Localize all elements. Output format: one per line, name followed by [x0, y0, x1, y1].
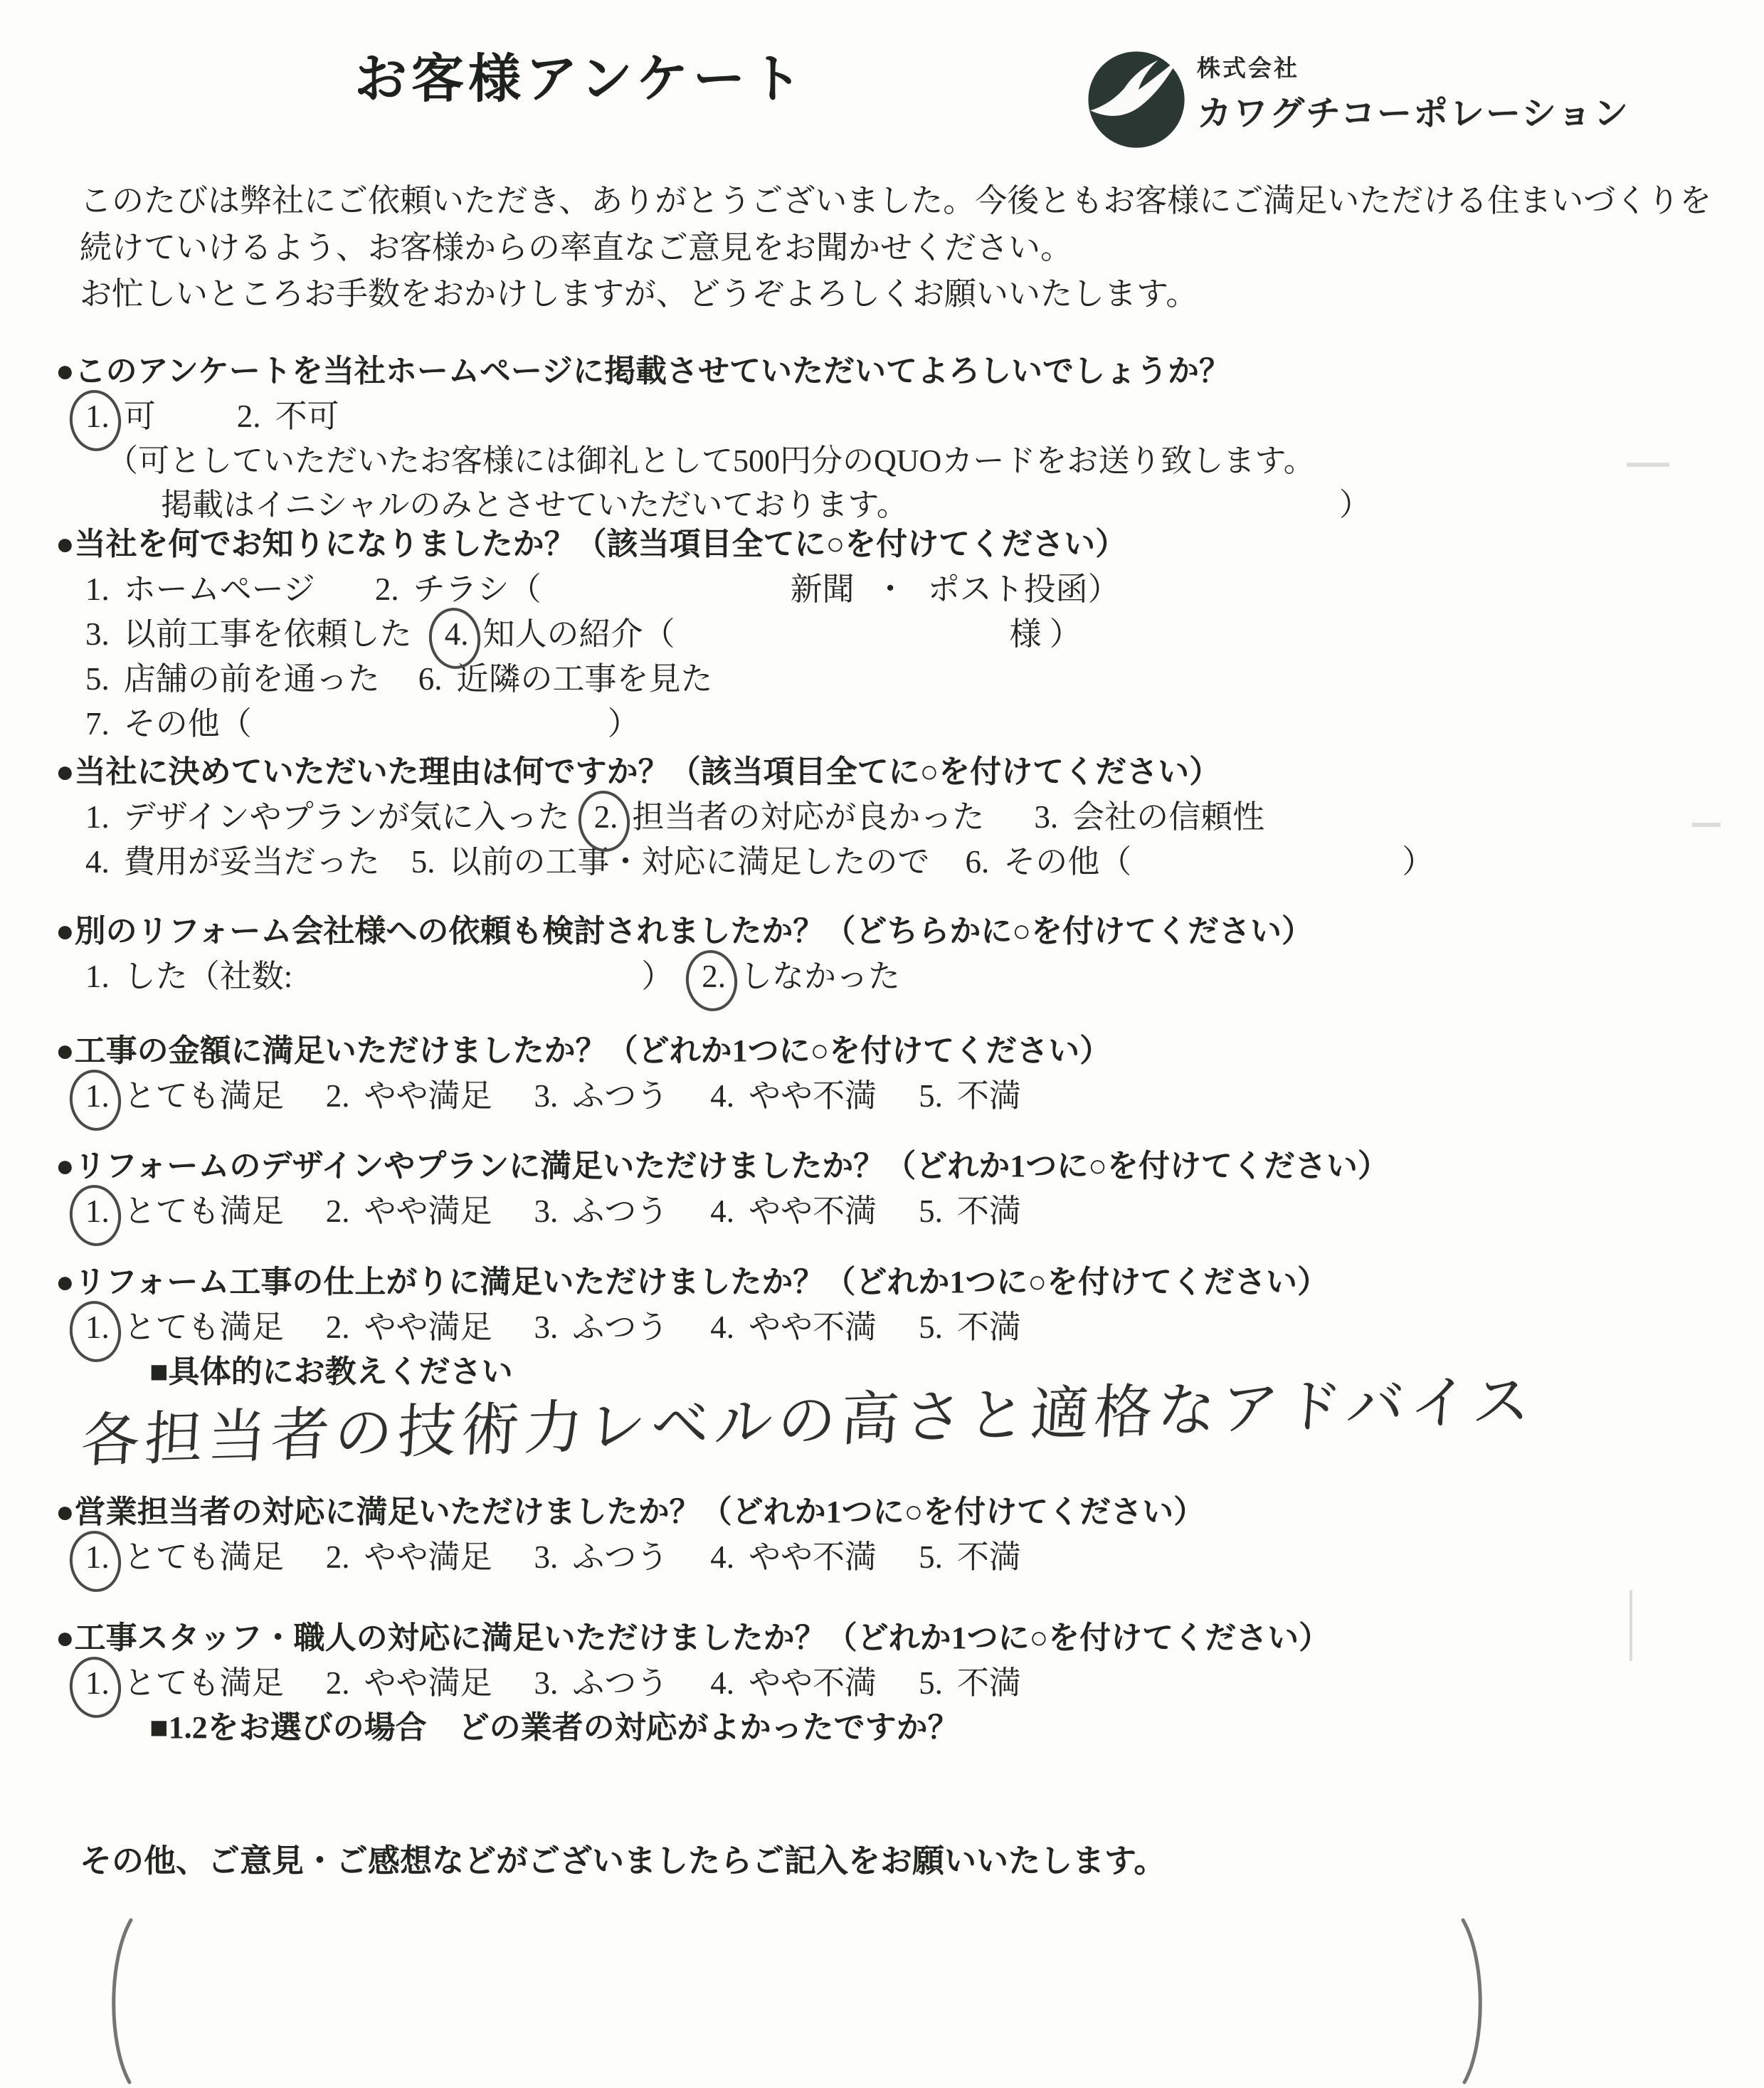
option-choice[interactable]: 2.担当者の対応が良かった — [591, 798, 985, 836]
option-label: した（社数: — [124, 957, 293, 996]
option-number: 4. — [707, 1192, 737, 1230]
intro-line: お忙しいところお手数をおかけしますが、どうぞよろしくお願いいたします。 — [80, 271, 1711, 318]
option-text[interactable]: ） — [641, 957, 673, 996]
scan-artifact — [1692, 823, 1721, 827]
option-choice[interactable]: 6.その他（ — [963, 843, 1132, 881]
option-choice[interactable]: 3.ふつう — [532, 1664, 669, 1702]
option-label: 担当者の対応が良かった — [632, 798, 984, 836]
option-number: 1. — [83, 798, 112, 836]
option-number: 6. — [963, 843, 993, 881]
option-label: 不満 — [957, 1538, 1021, 1576]
question-note: 掲載はイニシャルのみとさせていただいております。 ） — [56, 486, 1370, 524]
option-choice[interactable]: 1.とても満足 — [83, 1664, 284, 1702]
option-number: 4. — [707, 1308, 737, 1346]
survey-scan-page: お客様アンケート 株式会社 カワグチコーポレーション このたびは弊社にご依頼いた… — [0, 0, 1764, 2088]
option-number: 1. — [83, 957, 112, 996]
option-label: 近隣の工事を見た — [457, 660, 713, 698]
option-number: 3. — [83, 615, 112, 653]
option-label: 以前工事を依頼した — [124, 615, 412, 653]
free-comment-prompt: その他、ご意見・ご感想などがございましたらご記入をお願いいたします。 — [80, 1835, 1166, 1881]
option-number: 5. — [916, 1308, 946, 1346]
option-label: 以前の工事・対応に満足したので — [450, 843, 930, 881]
intro-paragraph: このたびは弊社にご依頼いただき、ありがとうございました。今後ともお客様にご満足い… — [80, 178, 1711, 318]
question-heading: ●このアンケートを当社ホームページに掲載させていただいてよろしいでしょうか？ — [56, 352, 1713, 391]
logo-swoosh-icon — [1087, 50, 1185, 149]
question-price-satisfaction: ●工事の金額に満足いただけましたか？（どれか1つに○を付けてください） 1.とて… — [56, 1032, 1713, 1115]
option-choice[interactable]: 4.やや不満 — [707, 1192, 877, 1230]
option-choice[interactable]: 5.不満 — [916, 1308, 1021, 1346]
option-number: 4. — [707, 1077, 737, 1115]
option-number: 2. — [323, 1538, 353, 1576]
option-label: ） — [1402, 843, 1434, 881]
option-label: ふつう — [572, 1192, 668, 1230]
option-label: やや満足 — [364, 1538, 492, 1576]
option-choice[interactable]: 5.不満 — [916, 1192, 1021, 1230]
option-choice[interactable]: 7.その他（ — [83, 705, 252, 743]
option-label: 知人の紹介（ — [483, 615, 675, 653]
options-row: 1.ホームページ2.チラシ（新聞・ポスト投函） — [56, 570, 1713, 608]
options-row: 1.とても満足2.やや満足3.ふつう4.やや不満5.不満 — [56, 1308, 1713, 1346]
option-number: 5. — [916, 1664, 946, 1702]
question-heading: ●工事スタッフ・職人の対応に満足いただけましたか？（どれか1つに○を付けてくださ… — [56, 1619, 1713, 1657]
option-number: 5. — [916, 1077, 946, 1115]
handwritten-circle-mark: 2. — [699, 957, 729, 996]
comment-box-parens — [100, 1916, 1494, 2087]
intro-line: このたびは弊社にご依頼いただき、ありがとうございました。今後ともお客様にご満足い… — [80, 178, 1711, 225]
option-text[interactable]: ・ — [875, 570, 907, 608]
option-label: やや不満 — [749, 1077, 877, 1115]
option-number: 2. — [323, 1308, 353, 1346]
option-label: ポスト投函） — [928, 570, 1120, 608]
option-choice[interactable]: 4.やや不満 — [707, 1664, 877, 1702]
option-label: とても満足 — [124, 1077, 284, 1115]
option-label: 不満 — [957, 1308, 1021, 1346]
option-choice[interactable]: 3.ふつう — [532, 1308, 669, 1346]
option-choice[interactable]: 2.チラシ（ — [372, 570, 542, 608]
option-choice[interactable]: 3.ふつう — [532, 1538, 669, 1576]
options-row: 1.とても満足2.やや満足3.ふつう4.やや不満5.不満 — [56, 1538, 1713, 1576]
option-label: チラシ（ — [413, 570, 542, 608]
option-label: とても満足 — [124, 1308, 284, 1346]
options-row: 1.とても満足2.やや満足3.ふつう4.やや不満5.不満 — [56, 1077, 1713, 1115]
option-label: 店舗の前を通った — [124, 660, 380, 698]
option-label: ふつう — [572, 1308, 668, 1346]
intro-line: 続けていけるよう、お客様からの率直なご意見をお聞かせください。 — [80, 225, 1711, 272]
option-choice[interactable]: 5.不満 — [916, 1664, 1021, 1702]
handwritten-circle-mark: 1. — [83, 1664, 112, 1702]
option-label: 可 — [124, 397, 156, 436]
closing-paren: ） — [1339, 486, 1370, 524]
handwritten-circle-mark: 1. — [83, 397, 112, 436]
question-heading: ●別のリフォーム会社様への依頼も検討されましたか？（どちらかに○を付けてください… — [56, 912, 1713, 951]
option-label: ふつう — [572, 1538, 668, 1576]
option-label: やや満足 — [364, 1077, 492, 1115]
option-label: とても満足 — [124, 1538, 284, 1576]
options-row: 4.費用が妥当だった5.以前の工事・対応に満足したので6.その他（） — [56, 843, 1713, 881]
question-publish-permission: ●このアンケートを当社ホームページに掲載させていただいてよろしいでしょうか？ 1… — [56, 352, 1713, 524]
option-number: 3. — [532, 1664, 561, 1702]
handwritten-circle-mark: 2. — [591, 798, 621, 836]
option-choice[interactable]: 2.やや満足 — [323, 1077, 492, 1115]
option-choice[interactable]: 5.不満 — [916, 1538, 1021, 1576]
question-heading: ●リフォームのデザインやプランに満足いただけましたか？（どれか1つに○を付けてく… — [56, 1147, 1713, 1186]
option-choice[interactable]: 4.費用が妥当だった — [83, 843, 380, 881]
scan-artifact — [1627, 463, 1669, 467]
option-choice[interactable]: 2.不可 — [234, 397, 339, 436]
option-number: 4. — [83, 843, 112, 881]
scan-artifact — [1630, 1590, 1632, 1661]
option-number: 6. — [416, 660, 445, 698]
option-label: ホームページ — [124, 570, 315, 608]
options-row: 3.以前工事を依頼した4.知人の紹介（様 ） — [56, 615, 1713, 653]
question-heading: ●当社に決めていただいた理由は何ですか？（該当項目全てに○を付けてください） — [56, 753, 1713, 791]
question-salesrep-satisfaction: ●営業担当者の対応に満足いただけましたか？（どれか1つに○を付けてください） 1… — [56, 1493, 1713, 1576]
option-choice[interactable]: 3.ふつう — [532, 1192, 669, 1230]
option-number: 4. — [707, 1538, 737, 1576]
option-choice[interactable]: 2.やや満足 — [323, 1538, 492, 1576]
option-label: その他（ — [1003, 843, 1131, 881]
option-label: やや不満 — [749, 1192, 877, 1230]
option-number: 5. — [83, 660, 112, 698]
options-row: 7.その他（） — [56, 705, 1713, 743]
company-prefix: 株式会社 — [1197, 50, 1630, 83]
question-note: （可としていただいたお客様には御礼として500円分のQUOカードをお送り致します… — [56, 442, 1713, 480]
option-choice[interactable]: 1.デザインやプランが気に入った — [83, 798, 570, 836]
handwritten-circle-mark: 1. — [83, 1538, 112, 1576]
option-label: やや満足 — [364, 1308, 492, 1346]
question-design-satisfaction: ●リフォームのデザインやプランに満足いただけましたか？（どれか1つに○を付けてく… — [56, 1147, 1713, 1230]
option-label: やや満足 — [364, 1192, 492, 1230]
question-note-text: 掲載はイニシャルのみとさせていただいております。 — [161, 486, 908, 524]
option-number: 2. — [323, 1664, 353, 1702]
option-label: とても満足 — [124, 1664, 284, 1702]
option-choice[interactable]: 2.やや満足 — [323, 1192, 492, 1230]
option-choice[interactable]: 2.やや満足 — [323, 1664, 492, 1702]
option-choice[interactable]: 4.やや不満 — [707, 1077, 877, 1115]
option-number: 3. — [532, 1077, 561, 1115]
question-how-found-us: ●当社を何でお知りになりましたか？（該当項目全てに○を付けてください） 1.ホー… — [56, 525, 1713, 743]
option-choice[interactable]: 3.会社の信頼性 — [1031, 798, 1264, 836]
option-text[interactable]: 様 ） — [1010, 615, 1082, 653]
option-label: ふつう — [572, 1077, 668, 1115]
sub-prompt: ■1.2をお選びの場合 どの業者の対応がよかったですか？ — [56, 1709, 1713, 1747]
option-label: ） — [608, 705, 640, 743]
options-row: 1.した（社数:）2.しなかった — [56, 957, 1713, 996]
option-label: ふつう — [572, 1664, 668, 1702]
option-text[interactable]: ） — [1402, 843, 1434, 881]
option-choice[interactable]: 5.以前の工事・対応に満足したので — [408, 843, 930, 881]
question-workers-satisfaction: ●工事スタッフ・職人の対応に満足いただけましたか？（どれか1つに○を付けてくださ… — [56, 1619, 1713, 1747]
option-number: 3. — [1031, 798, 1061, 836]
option-choice[interactable]: 1.ホームページ — [83, 570, 315, 608]
option-choice[interactable]: 2.やや満足 — [323, 1308, 492, 1346]
option-choice[interactable]: 4.やや不満 — [707, 1538, 877, 1576]
option-label: 不満 — [957, 1192, 1021, 1230]
option-number: 5. — [408, 843, 438, 881]
option-label: 様 ） — [1010, 615, 1082, 653]
option-text[interactable]: ポスト投函） — [928, 570, 1120, 608]
option-choice[interactable]: 1.可 — [83, 397, 156, 436]
option-number: 2. — [323, 1192, 353, 1230]
option-number: 5. — [916, 1538, 946, 1576]
options-row: 1.とても満足2.やや満足3.ふつう4.やや不満5.不満 — [56, 1192, 1713, 1230]
question-other-companies: ●別のリフォーム会社様への依頼も検討されましたか？（どちらかに○を付けてください… — [56, 912, 1713, 996]
option-number: 4. — [707, 1664, 737, 1702]
option-choice[interactable]: 3.ふつう — [532, 1077, 669, 1115]
question-finish-satisfaction: ●リフォーム工事の仕上がりに満足いただけましたか？（どれか1つに○を付けてくださ… — [56, 1263, 1713, 1479]
options-row: 1.可2.不可 — [56, 397, 1713, 436]
option-text[interactable]: ） — [608, 705, 640, 743]
option-label: ） — [641, 957, 673, 996]
option-label: デザインやプランが気に入った — [124, 798, 570, 836]
option-number: 2. — [234, 397, 264, 436]
option-choice[interactable]: 5.不満 — [916, 1077, 1021, 1115]
option-label: 新聞 — [791, 570, 855, 608]
option-label: 不満 — [957, 1664, 1021, 1702]
option-label: しなかった — [740, 957, 900, 996]
handwritten-circle-mark: 4. — [442, 615, 472, 653]
option-label: その他（ — [124, 705, 252, 743]
option-choice[interactable]: 4.知人の紹介（ — [442, 615, 675, 653]
question-heading: ●営業担当者の対応に満足いただけましたか？（どれか1つに○を付けてください） — [56, 1493, 1713, 1531]
option-label: やや不満 — [749, 1538, 877, 1576]
option-number: 3. — [532, 1538, 561, 1576]
question-reason-chosen: ●当社に決めていただいた理由は何ですか？（該当項目全てに○を付けてください） 1… — [56, 753, 1713, 881]
option-label: とても満足 — [124, 1192, 284, 1230]
option-label: 不可 — [275, 397, 339, 436]
option-choice[interactable]: 1.とても満足 — [83, 1077, 284, 1115]
handwritten-circle-mark: 1. — [83, 1192, 112, 1230]
option-label: 費用が妥当だった — [124, 843, 380, 881]
comment-box[interactable] — [100, 1916, 1494, 2087]
option-choice[interactable]: 4.やや不満 — [707, 1308, 877, 1346]
option-label: やや満足 — [364, 1664, 492, 1702]
handwritten-circle-mark: 1. — [83, 1077, 112, 1115]
question-heading: ●当社を何でお知りになりましたか？（該当項目全てに○を付けてください） — [56, 525, 1713, 564]
options-row: 5.店舗の前を通った6.近隣の工事を見た — [56, 660, 1713, 698]
option-choice[interactable]: 1.とても満足 — [83, 1192, 284, 1230]
company-logo: 株式会社 カワグチコーポレーション — [1087, 50, 1630, 149]
options-row: 1.デザインやプランが気に入った2.担当者の対応が良かった3.会社の信頼性 — [56, 798, 1713, 836]
options-row: 1.とても満足2.やや満足3.ふつう4.やや不満5.不満 — [56, 1664, 1713, 1702]
option-label: 不満 — [957, 1077, 1021, 1115]
option-choice[interactable]: 2.しなかった — [699, 957, 900, 996]
option-choice[interactable]: 3.以前工事を依頼した — [83, 615, 412, 653]
option-number: 7. — [83, 705, 112, 743]
option-choice[interactable]: 1.した（社数: — [83, 957, 292, 996]
option-number: 3. — [532, 1192, 561, 1230]
option-label: やや不満 — [749, 1308, 877, 1346]
option-label: ・ — [875, 570, 907, 608]
option-choice[interactable]: 1.とても満足 — [83, 1308, 284, 1346]
handwritten-circle-mark: 1. — [83, 1308, 112, 1346]
company-name: カワグチコーポレーション — [1197, 86, 1630, 136]
option-number: 3. — [532, 1308, 561, 1346]
option-choice[interactable]: 5.店舗の前を通った — [83, 660, 380, 698]
option-text[interactable]: 新聞 — [791, 570, 855, 608]
option-label: 会社の信頼性 — [1072, 798, 1264, 836]
option-number: 1. — [83, 570, 112, 608]
option-choice[interactable]: 1.とても満足 — [83, 1538, 284, 1576]
option-number: 5. — [916, 1192, 946, 1230]
question-heading: ●リフォーム工事の仕上がりに満足いただけましたか？（どれか1つに○を付けてくださ… — [56, 1263, 1713, 1302]
option-number: 2. — [323, 1077, 353, 1115]
question-heading: ●工事の金額に満足いただけましたか？（どれか1つに○を付けてください） — [56, 1032, 1713, 1070]
option-label: やや不満 — [749, 1664, 877, 1702]
option-number: 2. — [372, 570, 402, 608]
page-title: お客様アンケート — [354, 37, 807, 112]
